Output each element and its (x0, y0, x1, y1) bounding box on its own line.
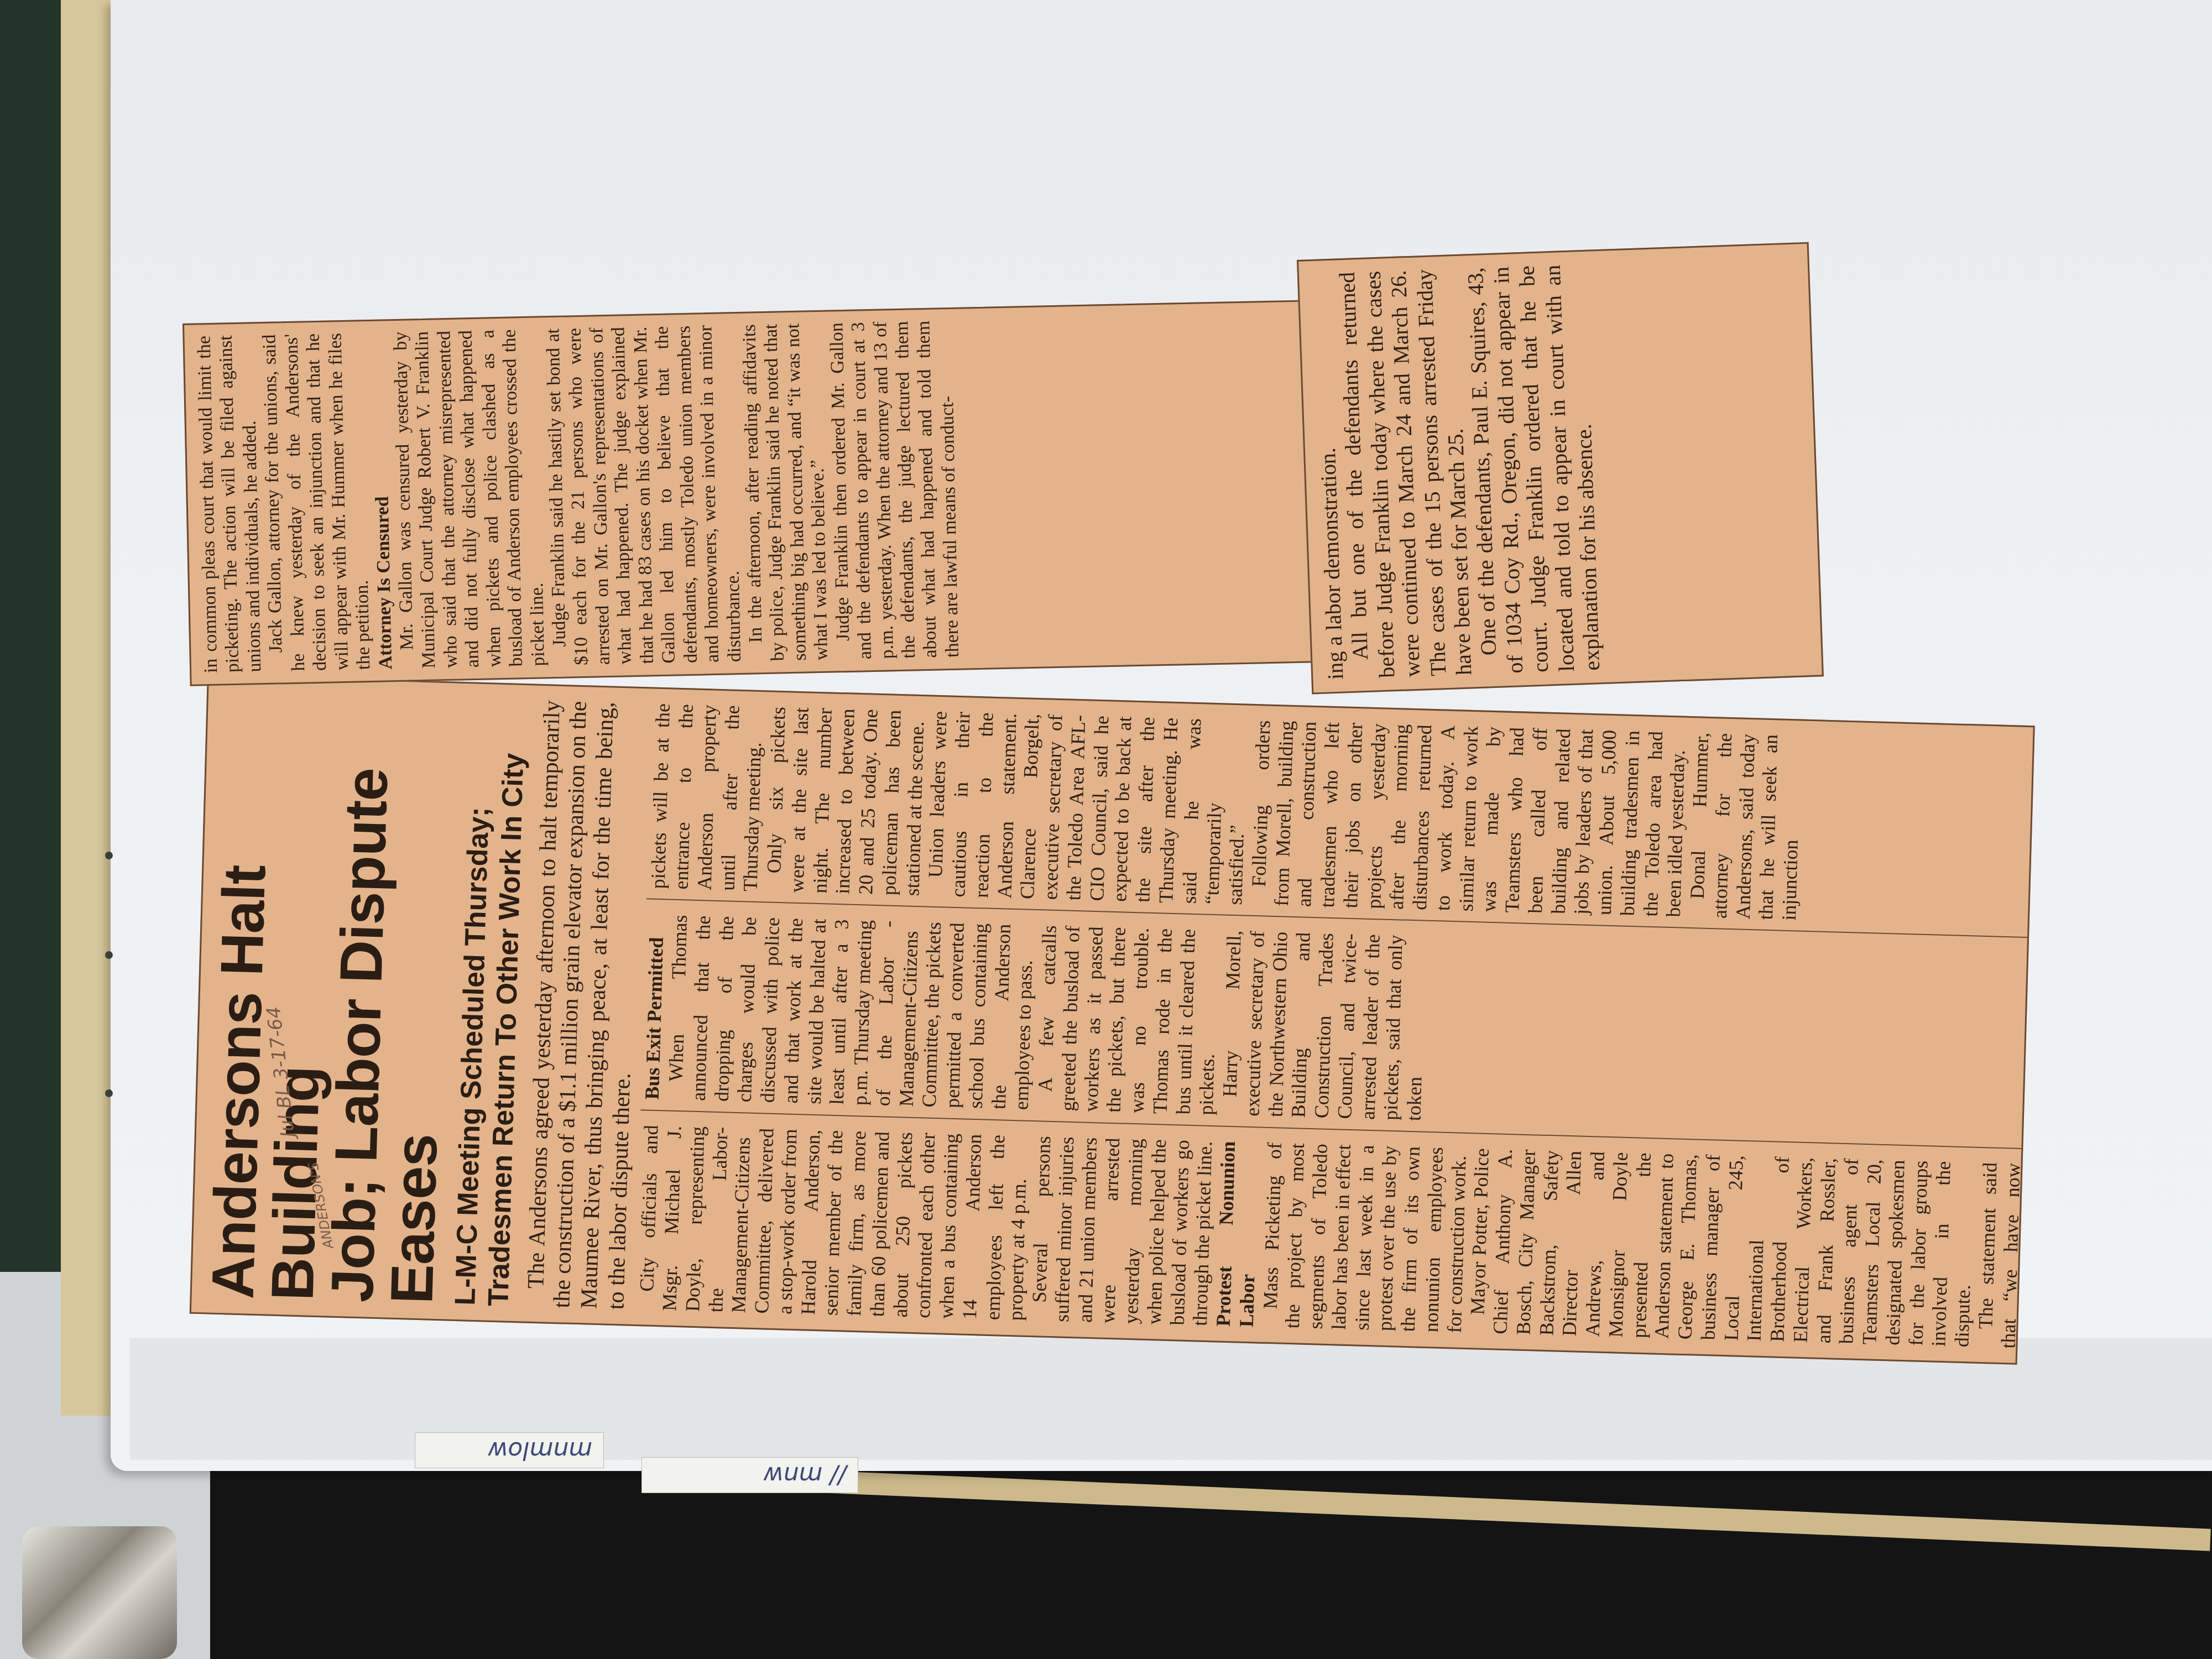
index-tab[interactable]: // mnw (641, 1457, 858, 1493)
lead-paragraph: The Andersons agreed yesterday afternoon… (522, 700, 646, 1310)
paragraph: Judge Franklin then ordered Mr. Gallon a… (826, 320, 963, 660)
paragraph: Donal Hummer, attorney for the Andersons… (1686, 732, 1806, 921)
paragraph: Union leaders were cautious in their rea… (924, 711, 1253, 905)
paragraph: in common pleas court that would limit t… (193, 335, 265, 673)
punch-hole (105, 852, 113, 859)
paragraph: Judge Franklin said he hastily set bond … (542, 325, 745, 666)
paragraph: Mr. Gallon was censured yesterday by Mun… (389, 328, 549, 669)
paragraph: In the afternoon, after reading affidavi… (738, 323, 832, 662)
paragraph: Mayor Potter, Police Chief Anthony A. Bo… (1466, 1148, 1979, 1348)
paragraph: Mass Picketing of the project by most se… (1258, 1142, 1471, 1333)
tab-label: mnmlow (488, 1436, 592, 1464)
paragraph: When Thomas announced that the dropping … (664, 915, 1039, 1110)
punch-hole (105, 951, 113, 959)
punch-hole (105, 1089, 113, 1097)
clipping-continuation: in common pleas court that would limit t… (182, 300, 1321, 686)
paragraph: pickets will be at the entrance to the A… (647, 703, 768, 891)
paragraph: A few catcalls greeted the busload of wo… (1034, 925, 1223, 1115)
paragraph: Only six pickets were at the site last n… (763, 706, 929, 896)
binder-clip (22, 1526, 177, 1659)
paragraph: Harry Morell, executive secretary of the… (1218, 930, 1431, 1121)
paragraph: Several persons suffered minor injuries … (1027, 1136, 1217, 1327)
paragraph: Following orders from Morell, building a… (1247, 720, 1691, 917)
paragraph: One of the defendants, Paul E. Squires, … (1463, 263, 1605, 675)
paragraph: All but one of the defendants returned b… (1334, 268, 1477, 680)
paragraph: Jack Gallon, attorney for the unions, sa… (259, 332, 375, 672)
clipping-end: ing a labor demonstration. All but one o… (1297, 242, 1824, 695)
clipping-main: Andersons Halt Building Job; Labor Dispu… (190, 675, 2035, 1365)
subhead-protest: Protest Nonunion Labor (1212, 1141, 1264, 1328)
tab-label: // mnw (764, 1461, 847, 1489)
headline-line-2: Job; Labor Dispute Eases (322, 695, 458, 1305)
paragraph: City officials and Msgr. Michael J. Doyl… (635, 1125, 1033, 1321)
index-tab[interactable]: mnmlow (415, 1432, 604, 1468)
